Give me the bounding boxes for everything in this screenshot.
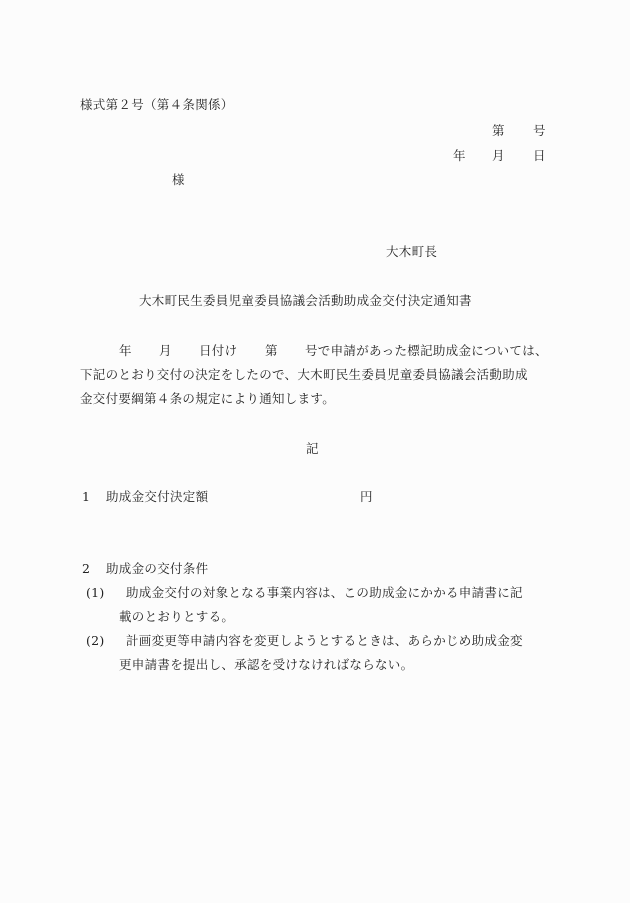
body-date-dated: 日付け bbox=[199, 345, 237, 358]
ki-heading: 記 bbox=[306, 443, 319, 456]
item2-label: 助成金の交付条件 bbox=[106, 563, 208, 576]
body-date-month: 月 bbox=[159, 345, 172, 358]
issuer: 大木町長 bbox=[386, 246, 437, 259]
body-line2: 下記のとおり交付の決定をしたので、大木町民生委員児童委員協議会活動助成 bbox=[80, 369, 528, 382]
item1-label: 助成金交付決定額 bbox=[106, 491, 208, 504]
item1-unit: 円 bbox=[360, 491, 373, 504]
body-date-year: 年 bbox=[119, 345, 132, 358]
document-number-prefix: 第 bbox=[492, 125, 505, 138]
date-day: 日 bbox=[533, 150, 546, 163]
condition-1-line2: 載のとおりとする。 bbox=[119, 611, 234, 624]
date-month: 月 bbox=[492, 150, 505, 163]
body-line1-rest: 号で申請があった標記助成金については、 bbox=[305, 345, 548, 358]
item1-number: 1 bbox=[82, 491, 90, 504]
form-label: 様式第２号（第４条関係） bbox=[80, 99, 234, 112]
body-number-prefix: 第 bbox=[265, 345, 278, 358]
document-page: 様式第２号（第４条関係） 第 号 年 月 日 様 大木町長 大木町民生委員児童委… bbox=[0, 0, 630, 903]
date-year: 年 bbox=[453, 150, 466, 163]
document-number-suffix: 号 bbox=[533, 125, 546, 138]
condition-2-line2: 更申請書を提出し、承認を受けなければならない。 bbox=[119, 659, 413, 672]
addressee-suffix: 様 bbox=[172, 174, 185, 187]
condition-1-number: (1) bbox=[86, 587, 105, 600]
condition-2-number: (2) bbox=[86, 635, 105, 648]
condition-2-line1: 計画変更等申請内容を変更しようとするときは、あらかじめ助成金変 bbox=[126, 635, 523, 648]
document-title: 大木町民生委員児童委員協議会活動助成金交付決定通知書 bbox=[139, 295, 472, 308]
condition-1-line1: 助成金交付の対象となる事業内容は、この助成金にかかる申請書に記 bbox=[126, 587, 523, 600]
body-line3: 金交付要綱第４条の規定により通知します。 bbox=[80, 393, 335, 406]
item2-number: 2 bbox=[82, 563, 90, 576]
